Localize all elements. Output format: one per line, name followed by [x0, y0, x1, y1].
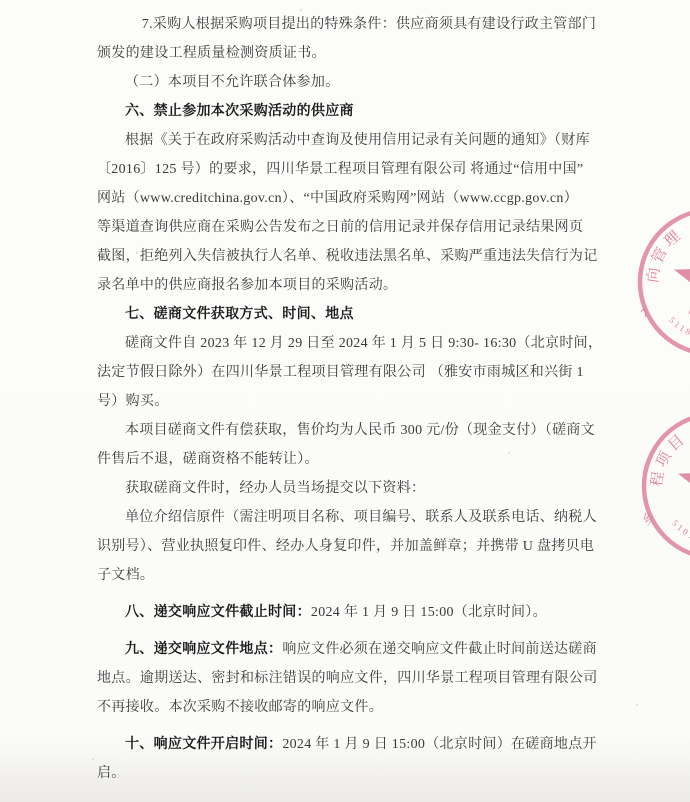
- text-line: 等渠道查询供应商在采购公告发布之日前的信用记录并保存信用记录结果网页: [97, 213, 597, 242]
- seal-serial-digits: 511802: [667, 315, 690, 342]
- text-line: 九、递交响应文件地点：响应文件必须在递交响应文件截止时间前送达磋商: [97, 635, 597, 664]
- official-seal-stamp-2: 程项目 乡 51010: [604, 404, 690, 574]
- text-line: 单位介绍信原件（需注明项目名称、项目编号、联系人及联系电话、纳税人: [97, 503, 597, 532]
- text-line: 获取磋商文件时，经办人员当场提交以下资料：: [97, 474, 597, 503]
- seal-star-icon: [674, 242, 690, 314]
- text-line: 法定节假日除外）在四川华景工程项目管理有限公司 （雅安市雨城区和兴街 1: [97, 358, 597, 387]
- text-line: 八、递交响应文件截止时间：2024 年 1 月 9 日 15:00（北京时间）。: [97, 598, 597, 627]
- text-line: 件售后不退，磋商资格不能转让）。: [97, 445, 597, 474]
- scanned-document-page: 7.采购人根据采购项目提出的特殊条件：供应商须具有建设行政主管部门颁发的建设工程…: [0, 0, 690, 802]
- seal-side-char: 乡: [639, 509, 658, 529]
- seal-outer-ring: [644, 414, 690, 558]
- text-line: 不再接收。本次采购不接收邮寄的响应文件。: [97, 693, 597, 722]
- text-line: 本项目磋商文件有偿获取，售价均为人民币 300 元/份（现金支付）（磋商文: [97, 416, 597, 445]
- section-heading: 六、禁止参加本次采购活动的供应商: [97, 97, 597, 126]
- section-label: 九、递交响应文件地点：: [125, 642, 282, 657]
- text-line: 子文档。: [97, 561, 597, 590]
- text-line: 根据《关于在政府采购活动中查询及使用信用记录有关问题的通知》（财库: [97, 126, 597, 155]
- seal-arc-text: 向管理: [644, 225, 686, 284]
- text-line: 截图，拒绝列入失信被执行人名单、税收违法黑名单、采购严重违法失信行为记: [97, 242, 597, 271]
- text-line: 十、响应文件开启时间：2024 年 1 月 9 日 15:00（北京时间）在磋商…: [97, 730, 597, 759]
- text-line: 网站（www.creditchina.gov.cn）、“中国政府采购网”网站（w…: [97, 184, 597, 213]
- text-line: 磋商文件自 2023 年 12 月 29 日至 2024 年 1 月 5 日 9…: [97, 329, 597, 358]
- seal-star-icon: [678, 446, 690, 518]
- text-line: 启。: [97, 759, 597, 788]
- text-line: 号）购买。: [97, 387, 597, 416]
- scan-noise: [0, 0, 2, 2]
- section-label: 十、响应文件开启时间：: [125, 737, 282, 752]
- text-line: 颁发的建设工程质量检测资质证书。: [97, 39, 597, 68]
- seal-serial-digits: 51010: [670, 518, 690, 544]
- text-line: 〔2016〕125 号）的要求，四川华景工程项目管理有限公司 将通过“信用中国”: [97, 155, 597, 184]
- text-line: 录名单中的供应商报名参加本项目的采购活动。: [97, 271, 597, 300]
- section-label: 八、递交响应文件截止时间：: [125, 605, 311, 620]
- seal-arc-text: 程项目: [648, 429, 690, 488]
- seal-outer-ring: [640, 210, 690, 354]
- text-line: （二）本项目不允许联合体参加。: [97, 68, 597, 97]
- official-seal-stamp-1: 向管理 7 511802: [600, 200, 690, 370]
- document-body: 7.采购人根据采购项目提出的特殊条件：供应商须具有建设行政主管部门颁发的建设工程…: [97, 10, 597, 788]
- text-line: 地点。逾期送达、密封和标注错误的响应文件，四川华景工程项目管理有限公司: [97, 664, 597, 693]
- section-heading: 七、磋商文件获取方式、时间、地点: [97, 300, 597, 329]
- seal-side-char: 7: [639, 305, 651, 320]
- text-line: 识别号）、营业执照复印件、经办人身复印件，并加盖鲜章；并携带 U 盘拷贝电: [97, 532, 597, 561]
- text-line: 7.采购人根据采购项目提出的特殊条件：供应商须具有建设行政主管部门: [97, 10, 597, 39]
